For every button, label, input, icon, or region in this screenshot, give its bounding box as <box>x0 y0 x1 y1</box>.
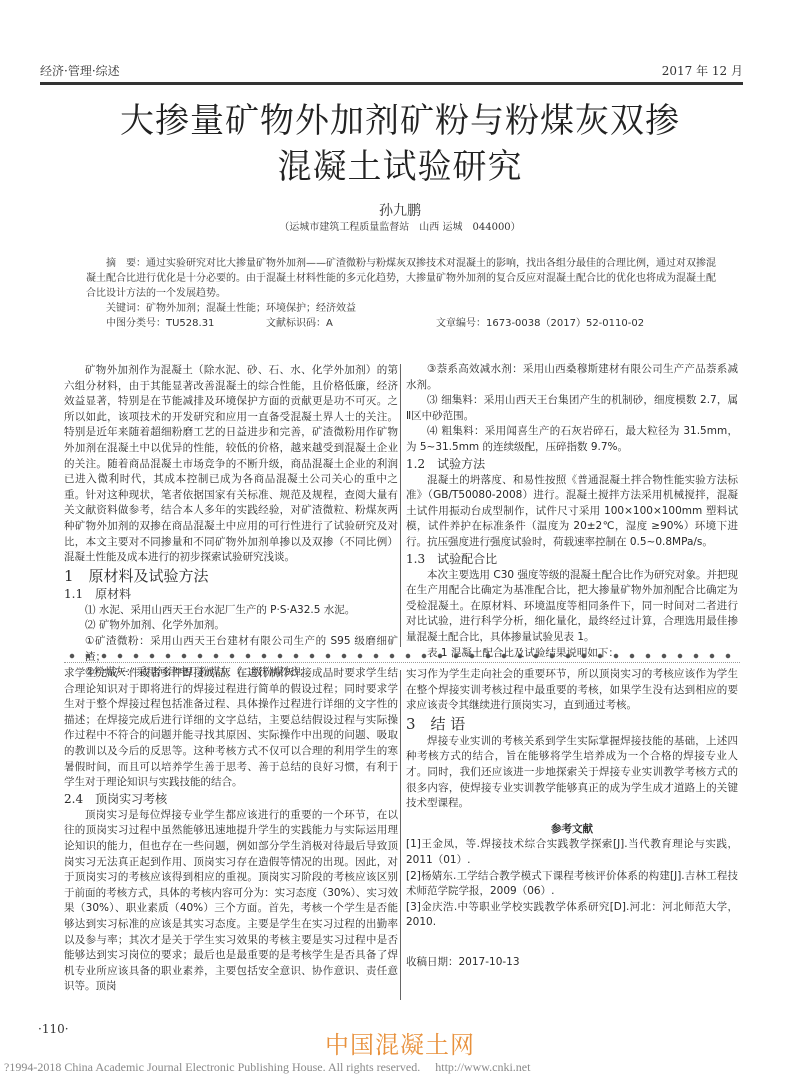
internship-paragraph: 顶岗实习是每位焊接专业学生都应该进行的重要的一个环节，在以往的顶岗实习过程中虽然… <box>64 808 398 995</box>
subsection-heading-1-1: 1.1 原材料 <box>64 586 398 603</box>
intro-paragraph: 矿物外加剂作为混凝土（除水泥、砂、石、水、化学外加剂）的第六组分材料，由于其能显… <box>64 363 398 566</box>
author-name: 孙九鹏 <box>0 200 800 220</box>
journal-section: 经济·管理·综述 <box>40 62 120 79</box>
article-title: 大掺量矿物外加剂矿粉与粉煤灰双掺 混凝土试验研究 <box>40 98 760 190</box>
abstract-block: 摘 要：通过实验研究对比大掺量矿物外加剂——矿渣微粉与粉煤灰双掺技术对混凝土的影… <box>86 256 720 331</box>
header-rule <box>40 82 743 85</box>
lower-left-column: 求学生完成一件或者多件焊接成品。在进行制作焊接成品时要求学生结合理论知识对于即将… <box>64 666 398 995</box>
section-heading-3: 3 结 语 <box>406 714 738 734</box>
article-number: 文章编号：1673-0038（2017）52-0110-02 <box>436 316 644 331</box>
upper-right-column: ③萘系高效减水剂：采用山西桑穆斯建材有限公司生产产品萘系减水剂。 ⑶ 细集料：采… <box>406 362 738 661</box>
copyright-notice: ?1994-2018 China Academic Journal Electr… <box>4 1058 530 1075</box>
material-item-1: ⑴ 水泥、采用山西天王台水泥厂生产的 P·S·A32.5 水泥。 <box>64 603 398 619</box>
classification-number: 中图分类号：TU528.31 <box>106 316 266 331</box>
document-code: 文献标识码：A <box>266 316 436 331</box>
upper-left-column: 矿物外加剂作为混凝土（除水泥、砂、石、水、化学外加剂）的第六组分材料，由于其能显… <box>64 363 398 681</box>
mix-ratio-paragraph: 本次主要选用 C30 强度等级的混凝土配合比作为研究对象。并把现在生产用配合比确… <box>406 568 738 646</box>
material-item-2c: ③萘系高效减水剂：采用山西桑穆斯建材有限公司生产产品萘系减水剂。 <box>406 362 738 393</box>
keywords: 关键词：矿物外加剂；混凝土性能；环境保护；经济效益 <box>86 301 720 316</box>
column-divider-upper <box>400 364 401 647</box>
issue-date: 2017 年 12 月 <box>662 62 743 79</box>
subsection-heading-1-3: 1.3 试验配合比 <box>406 551 738 568</box>
references-title: 参考文献 <box>406 822 738 838</box>
lower-right-column: 实习作为学生走向社会的重要环节，所以顶岗实习的考核应该作为学生在整个焊接实训考核… <box>406 667 738 971</box>
classification-row: 中图分类号：TU528.31 文献标识码：A 文章编号：1673-0038（20… <box>86 316 720 331</box>
subsection-heading-2-4: 2.4 顶岗实习考核 <box>64 791 398 808</box>
reference-1: [1]王金凤，等.焊接技术综合实践教学探索[J].当代教育理论与实践，2011（… <box>406 837 738 868</box>
material-item-2: ⑵ 矿物外加剂、化学外加剂。 <box>64 618 398 634</box>
material-item-3: ⑶ 细集料：采用山西天王台集团产生的机制砂，细度模数 2.7，属Ⅱ区中砂范围。 <box>406 393 738 424</box>
subsection-heading-1-2: 1.2 试验方法 <box>406 456 738 473</box>
received-date: 收稿日期：2017-10-13 <box>406 955 738 971</box>
reference-2: [2]杨婧东.工学结合教学模式下课程考核评价体系的构建[J].吉林工程技术师范学… <box>406 869 738 900</box>
exam-paragraph: 求学生完成一件或者多件焊接成品。在进行制作焊接成品时要求学生结合理论知识对于即将… <box>64 666 398 791</box>
title-line-2: 混凝土试验研究 <box>40 144 760 190</box>
abstract-text: 摘 要：通过实验研究对比大掺量矿物外加剂——矿渣微粉与粉煤灰双掺技术对混凝土的影… <box>86 256 720 301</box>
title-line-1: 大掺量矿物外加剂矿粉与粉煤灰双掺 <box>40 98 760 144</box>
conclusion-paragraph: 焊接专业实训的考核关系到学生实际掌握焊接技能的基础，上述四种考核方式的结合，旨在… <box>406 734 738 812</box>
watermark-logo: 中国混凝土网 <box>0 1025 800 1060</box>
section-heading-1: 1 原材料及试验方法 <box>64 566 398 586</box>
article-separator-ornament <box>64 652 740 663</box>
column-divider-lower <box>400 670 401 1000</box>
test-method-paragraph: 混凝土的坍落度、和易性按照《普通混凝土拌合物性能实验方法标准》（GB/T5008… <box>406 473 738 551</box>
author-affiliation: （运城市建筑工程质量监督站 山西 运城 044000） <box>0 218 800 233</box>
material-item-4: ⑷ 粗集料：采用闻喜生产的石灰岩碎石，最大粒径为 31.5mm，为 5~31.5… <box>406 424 738 455</box>
running-head: 经济·管理·综述 2017 年 12 月 <box>40 62 743 79</box>
internship-continuation: 实习作为学生走向社会的重要环节，所以顶岗实习的考核应该作为学生在整个焊接实训考核… <box>406 667 738 714</box>
reference-3: [3]金庆浩.中等职业学校实践教学体系研究[D].河北：河北师范大学，2010. <box>406 900 738 931</box>
